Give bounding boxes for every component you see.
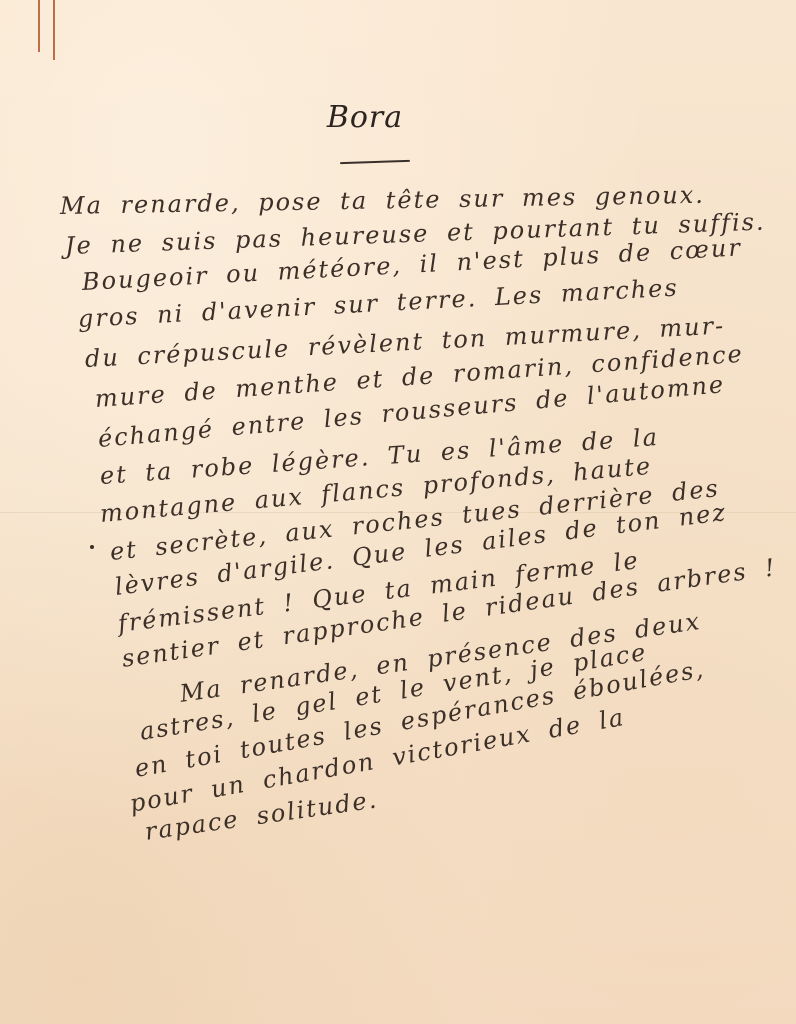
ink-dot (90, 545, 94, 549)
poem-title: Bora (0, 100, 730, 135)
staple-mark (38, 0, 40, 52)
staple-mark (53, 0, 55, 60)
manuscript-page: Bora Ma renarde, pose ta tête sur mes ge… (0, 0, 796, 1024)
title-underline (340, 160, 410, 164)
